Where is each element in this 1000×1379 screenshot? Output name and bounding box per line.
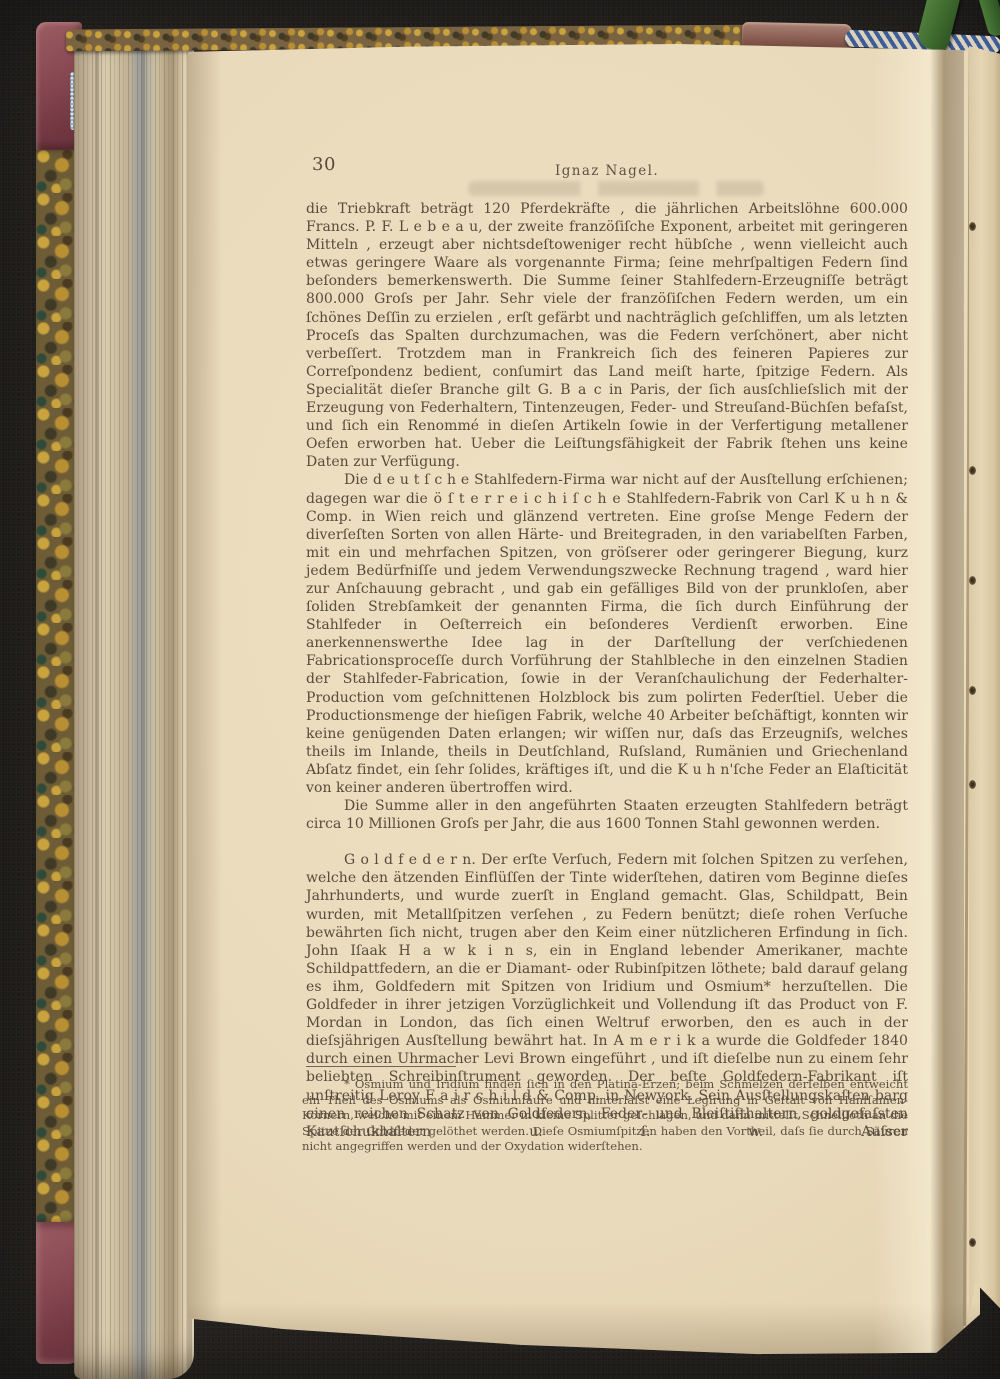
stitch-hole bbox=[969, 780, 976, 789]
show-through-ghost bbox=[468, 181, 764, 196]
paragraph: die Triebkraft beträgt 120 Pferdekräfte … bbox=[306, 200, 908, 471]
text-column: die Triebkraft beträgt 120 Pferdekräfte … bbox=[306, 200, 908, 1141]
stitch-hole bbox=[969, 576, 976, 585]
book-scan-photo: 30 Ignaz Nagel. die Triebkraft beträgt 1… bbox=[0, 0, 1000, 1379]
stitch-hole bbox=[969, 686, 976, 695]
footnote-text: * Osmium und Iridium finden ſich in den … bbox=[302, 1077, 908, 1155]
spine-top-leather bbox=[742, 22, 852, 49]
page-edges-stack bbox=[74, 30, 194, 1379]
page-left-shading bbox=[188, 40, 222, 1362]
running-header: Ignaz Nagel. bbox=[306, 163, 908, 179]
stitch-hole bbox=[969, 222, 976, 231]
stitch-hole bbox=[969, 466, 976, 475]
paragraph: Die d e u t ſ c h e Stahlfedern-Firma wa… bbox=[306, 471, 908, 797]
footnote-rule bbox=[306, 1066, 456, 1067]
stitch-hole bbox=[969, 1238, 976, 1247]
paragraph: Die Summe aller in den angeführten Staat… bbox=[306, 797, 908, 833]
